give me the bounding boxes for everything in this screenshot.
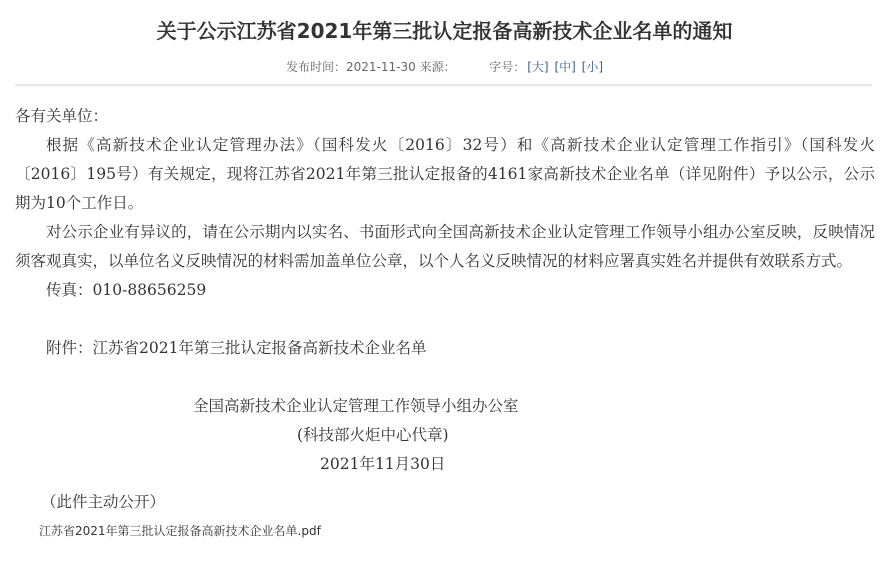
font-size-label: 字号： bbox=[489, 60, 525, 74]
blank-line bbox=[15, 305, 875, 334]
publish-label: 发布时间： bbox=[286, 60, 346, 74]
signature-seal: (科技部火炬中心代章) bbox=[15, 421, 875, 450]
font-size-small-button[interactable]: [小] bbox=[582, 60, 603, 74]
font-size-large-button[interactable]: [大] bbox=[527, 60, 548, 74]
font-size-medium-button[interactable]: [中] bbox=[554, 60, 575, 74]
signature-date: 2021年11月30日 bbox=[15, 450, 875, 479]
source-label: 来源： bbox=[420, 60, 456, 74]
disclosure-note: （此件主动公开） bbox=[15, 488, 875, 517]
header-divider bbox=[15, 84, 872, 86]
article-title: 关于公示江苏省2021年第三批认定报备高新技术企业名单的通知 bbox=[0, 16, 889, 46]
signature-office: 全国高新技术企业认定管理工作领导小组办公室 bbox=[15, 392, 875, 421]
blank-line bbox=[15, 363, 875, 392]
attachment-pdf-link[interactable]: 江苏省2021年第三批认定报备高新技术企业名单.pdf bbox=[15, 517, 875, 545]
article-meta: 发布时间：2021-11-30 来源： 字号：[大] [中] [小] bbox=[0, 58, 889, 76]
paragraph-basis: 根据《高新技术企业认定管理办法》（国科发火〔2016〕32号）和《高新技术企业认… bbox=[15, 131, 875, 218]
fax-number: 传真：010-88656259 bbox=[15, 276, 875, 305]
paragraph-objection: 对公示企业有异议的，请在公示期内以实名、书面形式向全国高新技术企业认定管理工作领… bbox=[15, 218, 875, 276]
salutation: 各有关单位： bbox=[15, 102, 875, 131]
article-body: 各有关单位： 根据《高新技术企业认定管理办法》（国科发火〔2016〕32号）和《… bbox=[15, 102, 875, 545]
publish-date: 2021-11-30 bbox=[346, 60, 416, 74]
attachment-note: 附件：江苏省2021年第三批认定报备高新技术企业名单 bbox=[15, 334, 875, 363]
